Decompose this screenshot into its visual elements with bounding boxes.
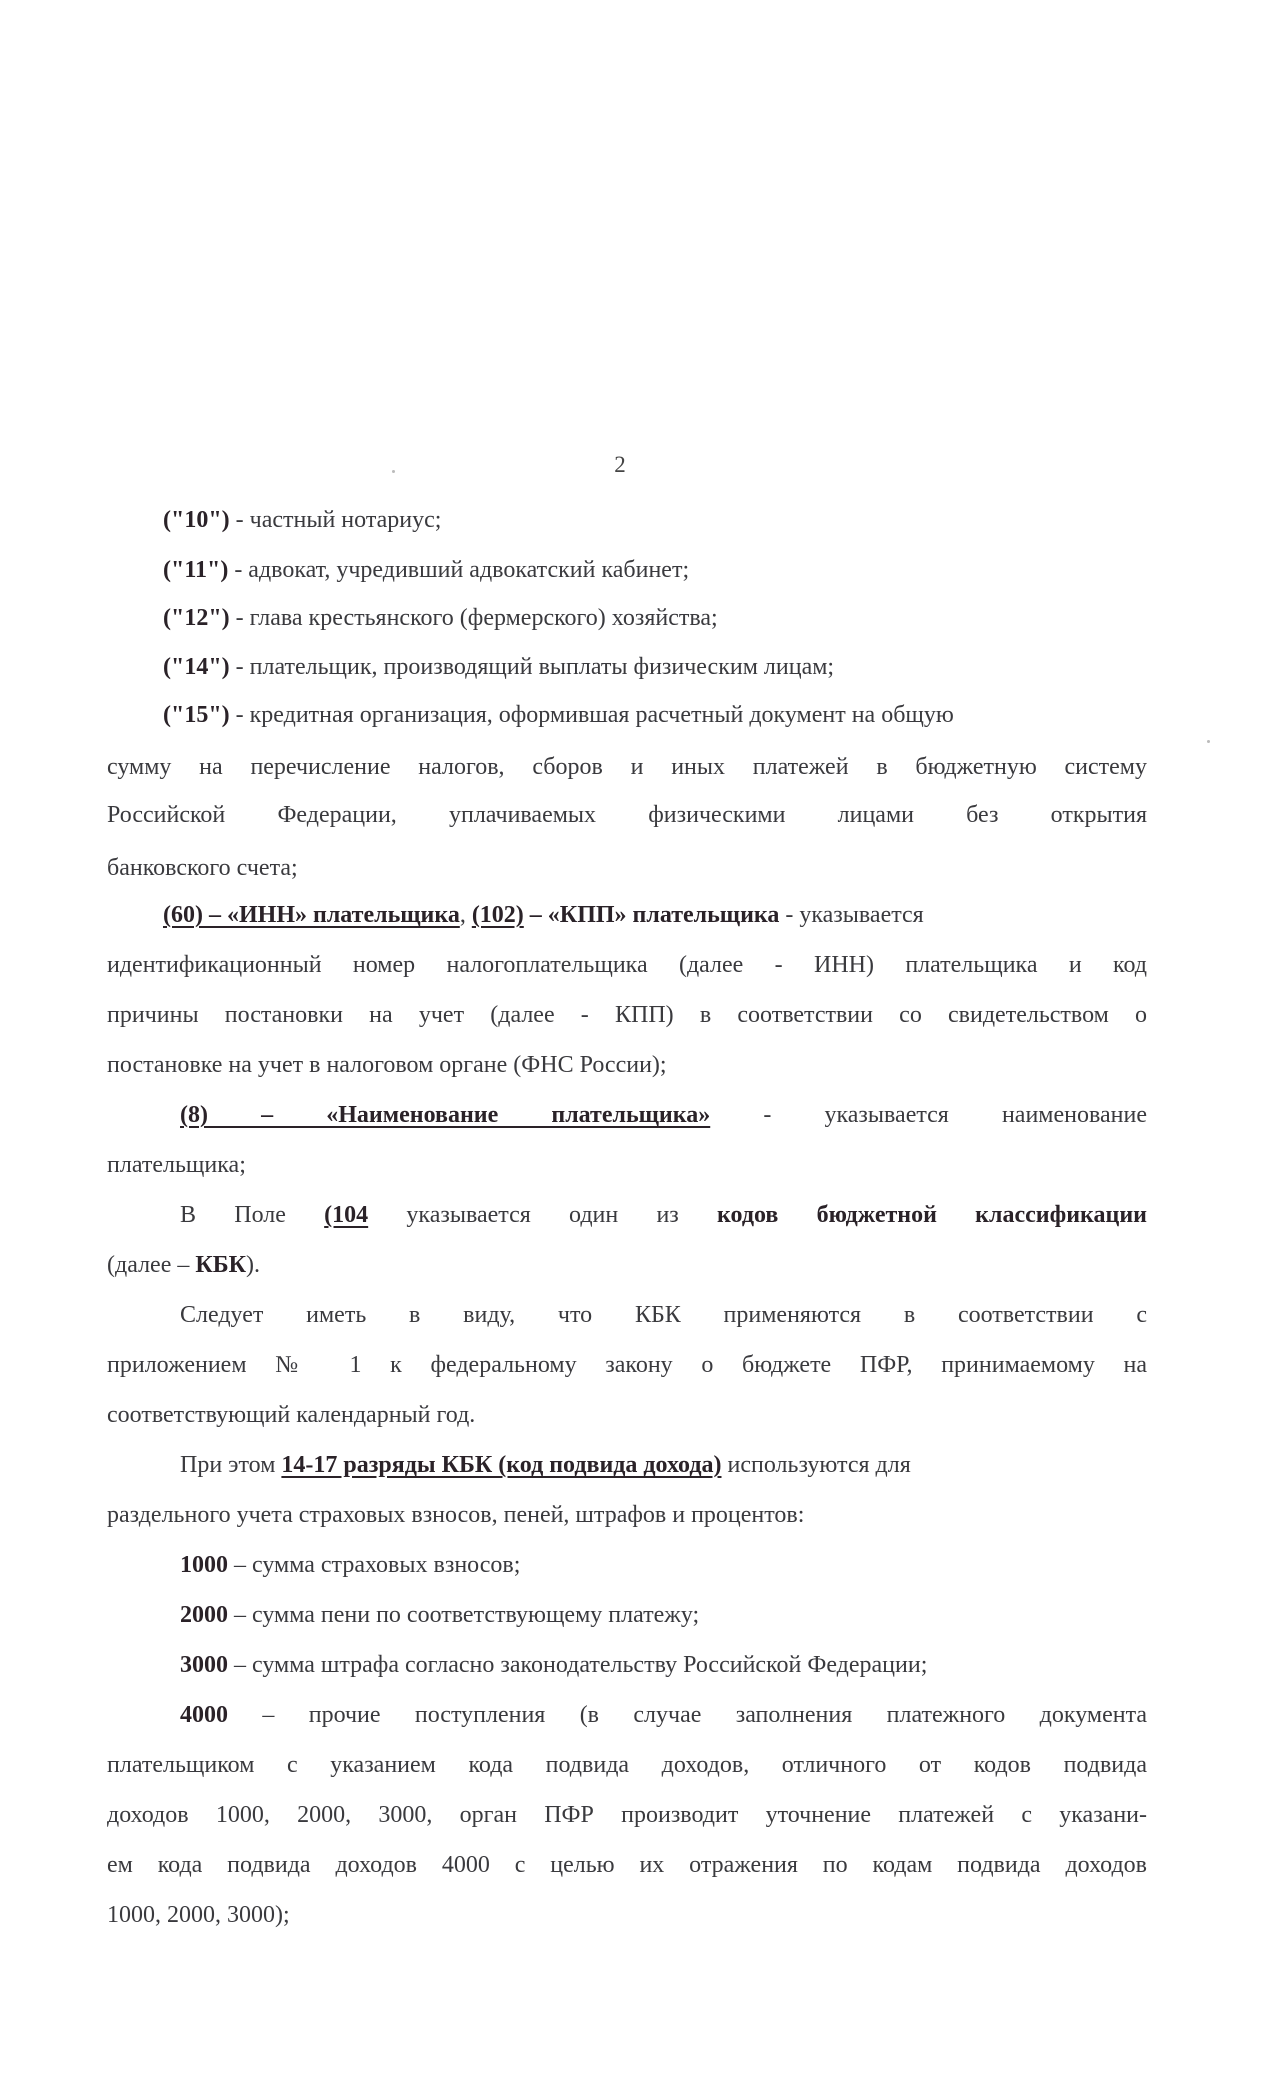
paragraph-line: доходов 1000, 2000, 3000, орган ПФР прои…	[107, 1800, 1147, 1830]
paragraph-line: банковского счета;	[107, 853, 298, 883]
paragraph-line: Российской Федерации, уплачиваемых физич…	[107, 800, 1147, 830]
paragraph-line: ем кода подвида доходов 4000 с целью их …	[107, 1850, 1147, 1880]
code-14-item: ("14") - плательщик, производящий выплат…	[163, 652, 834, 682]
page-number: 2	[0, 452, 1240, 478]
digits-paragraph: При этом 14-17 разряды КБК (код подвида …	[180, 1450, 911, 1480]
field-8-label: (8) – «Наименование плательщика»	[180, 1102, 710, 1128]
note-paragraph: Следует иметь в виду, что КБК применяютс…	[180, 1300, 1147, 1330]
subcode-1000-item: 1000 – сумма страховых взносов;	[180, 1550, 520, 1580]
field-104-label: (104	[324, 1202, 368, 1228]
scan-speck	[1207, 740, 1210, 743]
subcode-4000-item: 4000 – прочие поступления (в случае запо…	[180, 1700, 1147, 1730]
paragraph-line: постановке на учет в налоговом органе (Ф…	[107, 1050, 667, 1080]
paragraph-line: сумму на перечисление налогов, сборов и …	[107, 752, 1147, 782]
paragraph-line: плательщика;	[107, 1150, 246, 1180]
code-11-item: ("11") - адвокат, учредивший адвокатский…	[163, 555, 689, 585]
code-12-item: ("12") - глава крестьянского (фермерског…	[163, 603, 718, 633]
kbk-paragraph: В Поле (104 указывается один из кодов бю…	[180, 1200, 1147, 1230]
inn-kpp-heading: (60) – «ИНН» плательщика, (102) – «КПП» …	[163, 900, 924, 930]
paragraph-line: приложением № 1 к федеральному закону о …	[107, 1350, 1147, 1380]
paragraph-line: причины постановки на учет (далее - КПП)…	[107, 1000, 1147, 1030]
payer-name-heading: (8) – «Наименование плательщика» - указы…	[180, 1100, 1147, 1130]
field-60-label: (60) – «ИНН» плательщика	[163, 902, 460, 928]
kbk-digits-label: 14-17 разряды КБК (код подвида дохода)	[281, 1452, 721, 1478]
paragraph-line: идентификационный номер налогоплательщик…	[107, 950, 1147, 980]
field-102-label: (102)	[472, 902, 524, 928]
code-10-item: ("10") - частный нотариус;	[163, 505, 441, 535]
subcode-3000-item: 3000 – сумма штрафа согласно законодател…	[180, 1650, 927, 1680]
code-15-item: ("15") - кредитная организация, оформивш…	[163, 700, 954, 730]
paragraph-line: раздельного учета страховых взносов, пен…	[107, 1500, 804, 1530]
subcode-2000-item: 2000 – сумма пени по соответствующему пл…	[180, 1600, 699, 1630]
paragraph-line: (далее – КБК).	[107, 1250, 260, 1280]
paragraph-line: плательщиком с указанием кода подвида до…	[107, 1750, 1147, 1780]
paragraph-line: 1000, 2000, 3000);	[107, 1900, 290, 1930]
paragraph-line: соответствующий календарный год.	[107, 1400, 475, 1430]
